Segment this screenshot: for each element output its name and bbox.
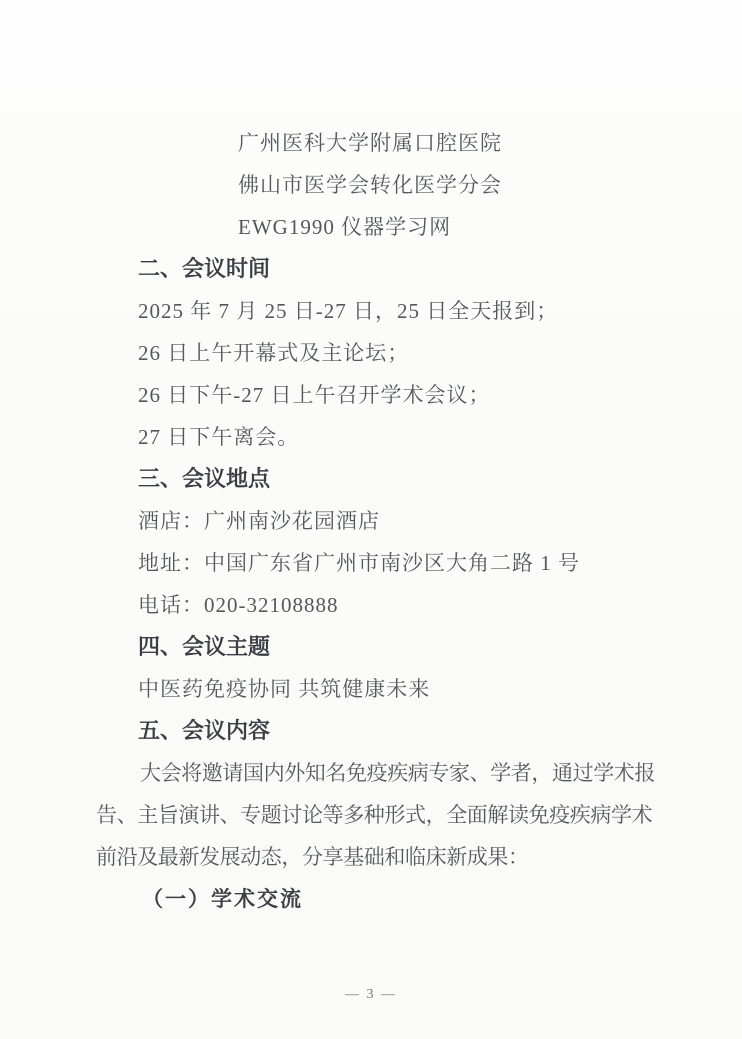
meeting-time-line: 26 日上午开幕式及主论坛； [138,332,742,374]
section-heading-meeting-theme: 四、会议主题 [138,626,742,668]
meeting-time-line: 26 日下午-27 日上午召开学术会议； [138,374,742,416]
host-org-line: 广州医科大学附属口腔医院 [238,122,742,164]
meeting-time-line: 2025 年 7 月 25 日-27 日，25 日全天报到； [138,290,742,332]
section-heading-meeting-time: 二、会议时间 [138,248,742,290]
content-paragraph-line: 前沿及最新发展动态，分享基础和临床新成果： [96,836,742,878]
venue-address-line: 地址：中国广东省广州市南沙区大角二路 1 号 [138,542,742,584]
document-body: 广州医科大学附属口腔医院 佛山市医学会转化医学分会 EWG1990 仪器学习网 … [0,122,742,920]
venue-phone-line: 电话：020-32108888 [138,584,742,626]
content-paragraph-line: 大会将邀请国内外知名免疫疾病专家、学者，通过学术报 [140,752,742,794]
content-paragraph-line: 告、主旨演讲、专题讨论等多种形式，全面解读免疫疾病学术 [96,794,742,836]
scanned-document-page: 广州医科大学附属口腔医院 佛山市医学会转化医学分会 EWG1990 仪器学习网 … [0,0,742,1039]
host-org-line: 佛山市医学会转化医学分会 [238,164,742,206]
subsection-heading-academic-exchange: （一）学术交流 [142,878,742,920]
host-org-line: EWG1990 仪器学习网 [238,206,742,248]
section-heading-meeting-content: 五、会议内容 [138,710,742,752]
section-heading-meeting-venue: 三、会议地点 [138,458,742,500]
meeting-time-line: 27 日下午离会。 [138,416,742,458]
meeting-theme-line: 中医药免疫协同 共筑健康未来 [138,668,742,710]
page-number: — 3 — [0,986,742,1004]
venue-hotel-line: 酒店：广州南沙花园酒店 [138,500,742,542]
